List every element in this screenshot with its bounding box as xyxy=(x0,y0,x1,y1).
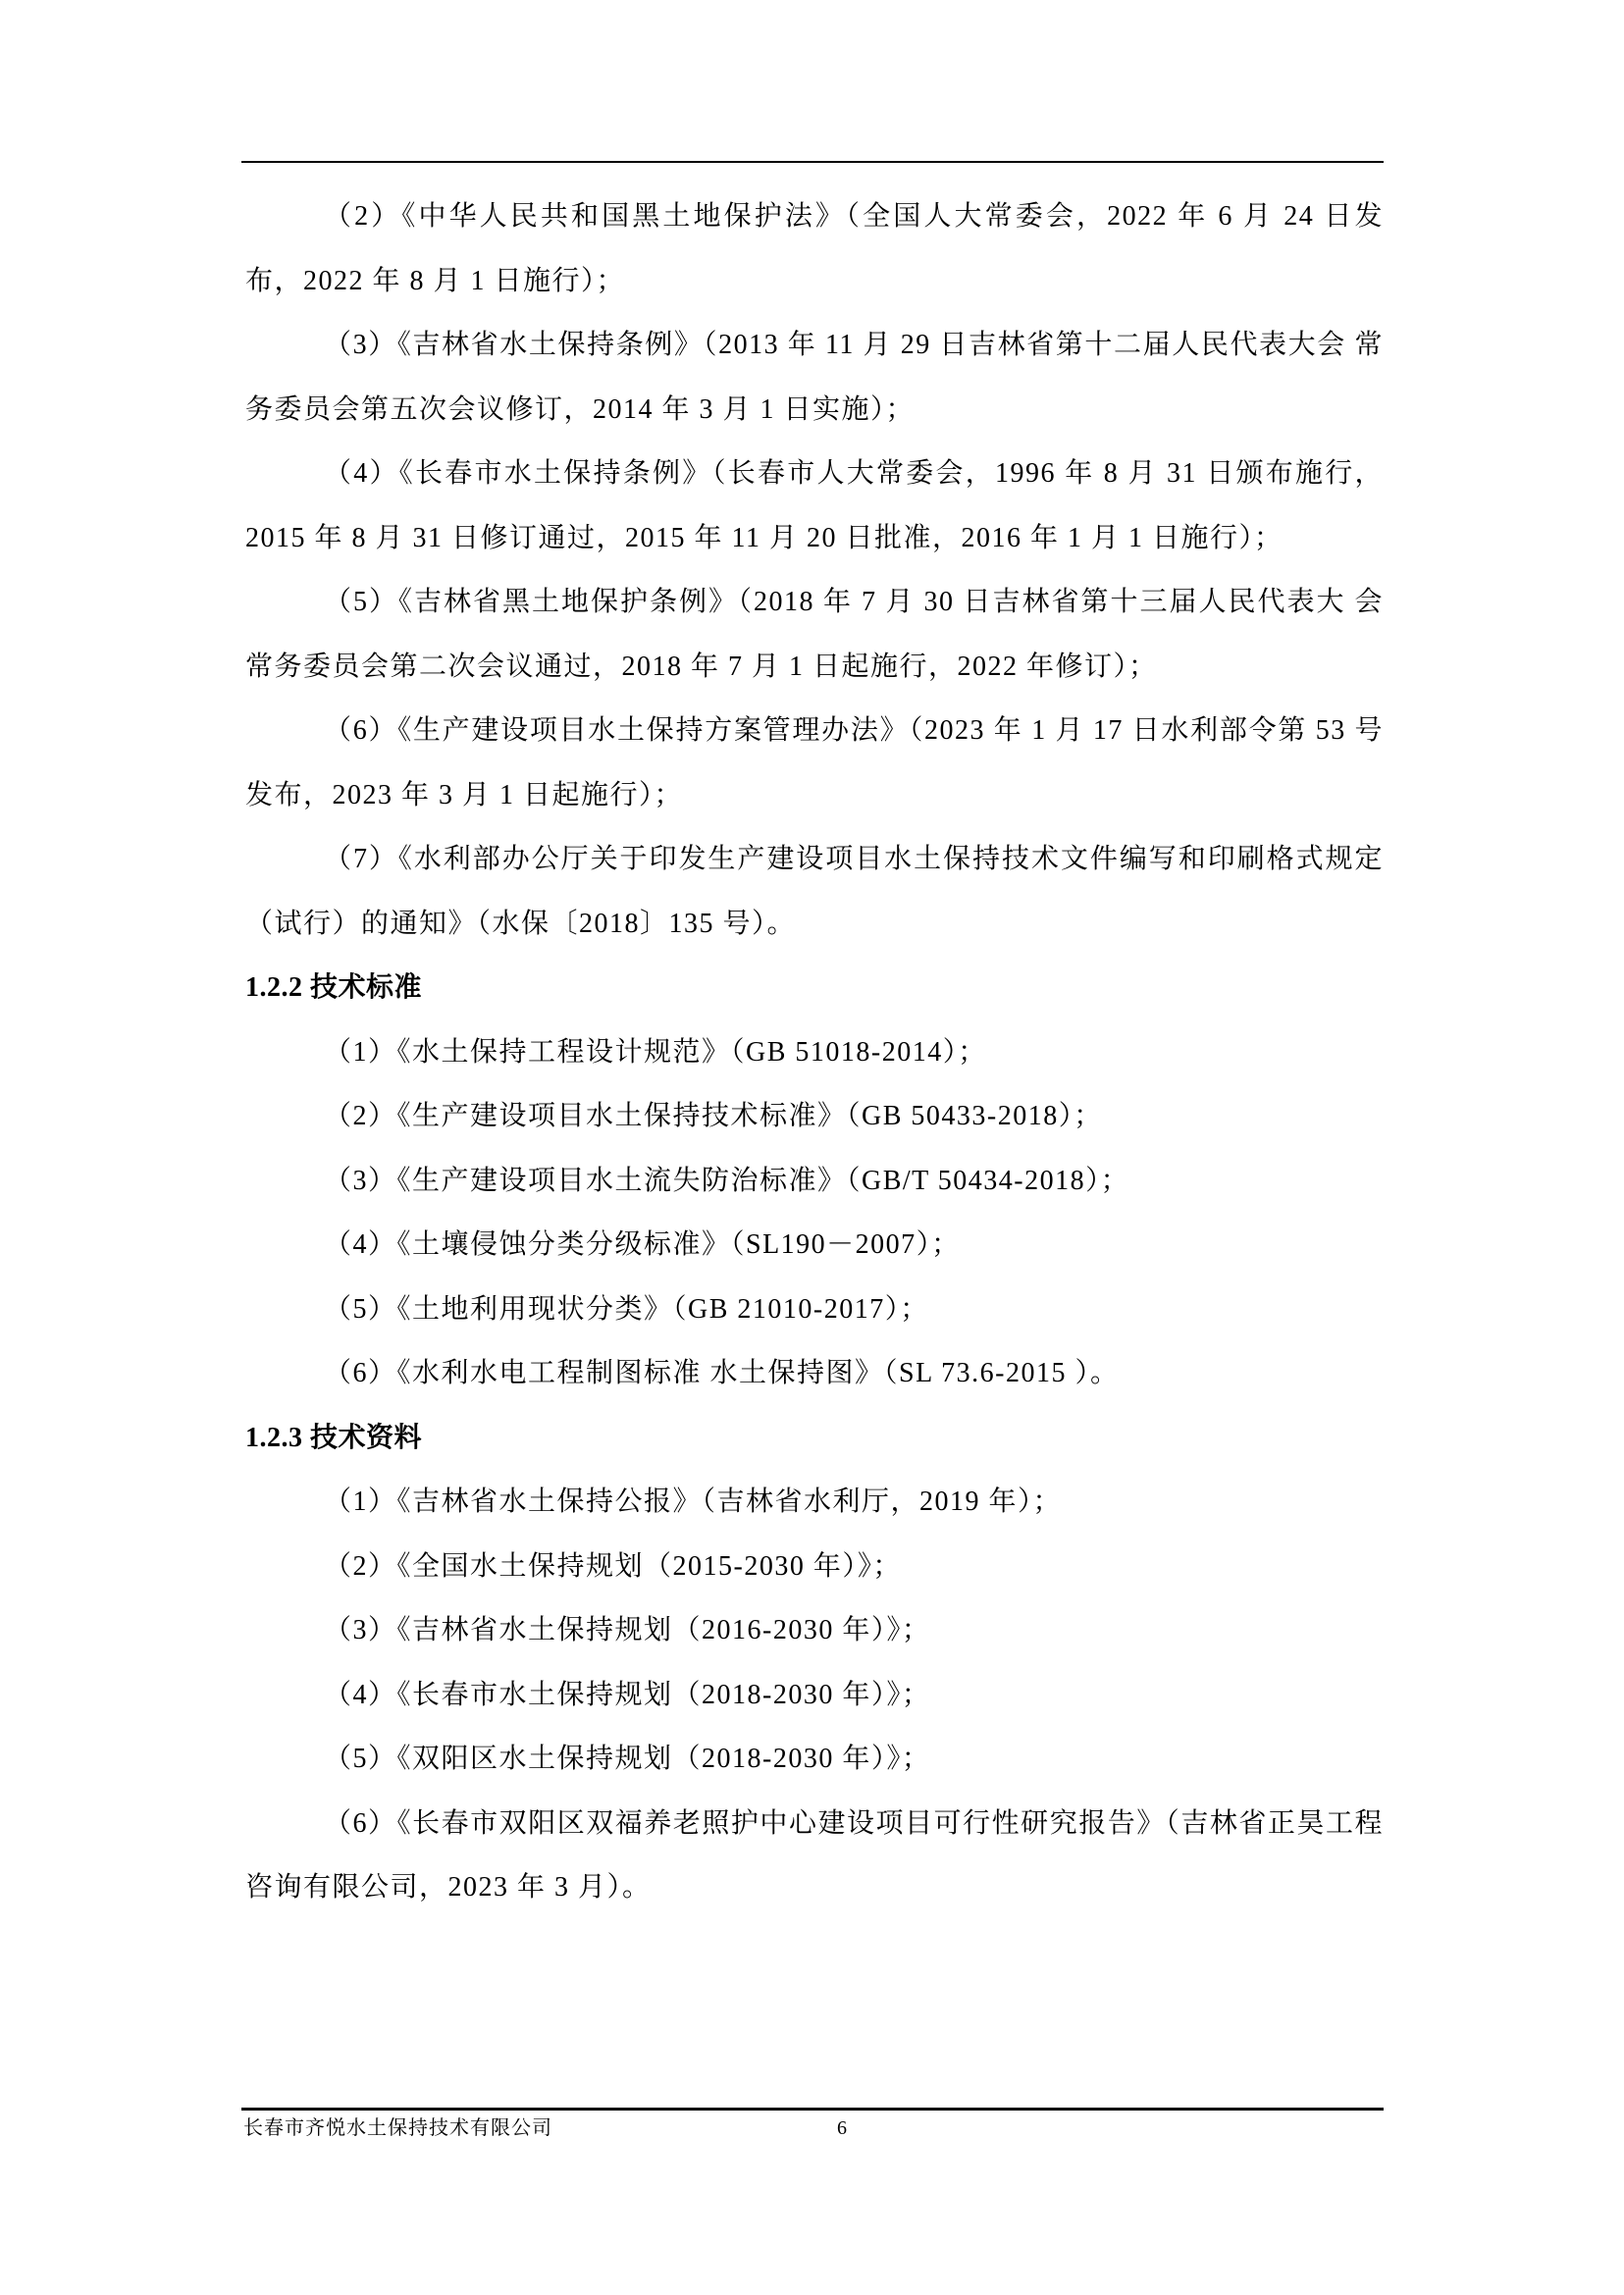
list-item: （6）《生产建设项目水土保持方案管理办法》（2023 年 1 月 17 日水利部… xyxy=(245,699,1384,827)
list-item: （1）《水土保持工程设计规范》（GB 51018-2014）； xyxy=(245,1020,1384,1085)
page-body: （2）《中华人民共和国黑土地保护法》（全国人大常委会，2022 年 6 月 24… xyxy=(245,184,1384,1920)
list-item: （5）《土地利用现状分类》（GB 21010-2017）； xyxy=(245,1278,1384,1342)
regulations-list: （2）《中华人民共和国黑土地保护法》（全国人大常委会，2022 年 6 月 24… xyxy=(245,184,1384,956)
list-item: （6）《水利水电工程制图标准 水土保持图》（SL 73.6-2015 ）。 xyxy=(245,1341,1384,1406)
page-number: 6 xyxy=(837,2115,847,2141)
list-item: （2）《生产建设项目水土保持技术标准》（GB 50433-2018）； xyxy=(245,1084,1384,1149)
list-item: （4）《土壤侵蚀分类分级标准》（SL190－2007）； xyxy=(245,1213,1384,1278)
technical-standards-list: （1）《水土保持工程设计规范》（GB 51018-2014）； （2）《生产建设… xyxy=(245,1020,1384,1406)
list-item: （3）《吉林省水土保持条例》（2013 年 11 月 29 日吉林省第十二届人民… xyxy=(245,313,1384,442)
list-item: （1）《吉林省水土保持公报》（吉林省水利厅，2019 年）； xyxy=(245,1470,1384,1535)
footer-rule xyxy=(241,2108,1384,2111)
list-item: （7）《水利部办公厅关于印发生产建设项目水土保持技术文件编写和印刷格式规定（试行… xyxy=(245,827,1384,956)
list-item: （3）《生产建设项目水土流失防治标准》（GB/T 50434-2018）； xyxy=(245,1149,1384,1214)
list-item: （4）《长春市水土保持规划（2018-2030 年）》； xyxy=(245,1663,1384,1728)
list-item: （2）《全国水土保持规划（2015-2030 年）》； xyxy=(245,1535,1384,1599)
technical-materials-list: （1）《吉林省水土保持公报》（吉林省水利厅，2019 年）； （2）《全国水土保… xyxy=(245,1470,1384,1920)
page-footer: 长春市齐悦水土保持技术有限公司 6 xyxy=(243,2115,1386,2145)
list-item: （5）《吉林省黑土地保护条例》（2018 年 7 月 30 日吉林省第十三届人民… xyxy=(245,570,1384,699)
footer-company-name: 长春市齐悦水土保持技术有限公司 xyxy=(243,2115,552,2141)
section-heading-technical-standards: 1.2.2 技术标准 xyxy=(245,956,1384,1020)
list-item: （3）《吉林省水土保持规划（2016-2030 年）》； xyxy=(245,1598,1384,1663)
list-item: （4）《长春市水土保持条例》（长春市人大常委会，1996 年 8 月 31 日颁… xyxy=(245,442,1384,570)
list-item: （6）《长春市双阳区双福养老照护中心建设项目可行性研究报告》（吉林省正昊工程咨询… xyxy=(245,1792,1384,1920)
section-heading-technical-materials: 1.2.3 技术资料 xyxy=(245,1406,1384,1471)
list-item: （2）《中华人民共和国黑土地保护法》（全国人大常委会，2022 年 6 月 24… xyxy=(245,184,1384,313)
list-item: （5）《双阳区水土保持规划（2018-2030 年）》； xyxy=(245,1727,1384,1792)
header-rule xyxy=(241,161,1384,163)
